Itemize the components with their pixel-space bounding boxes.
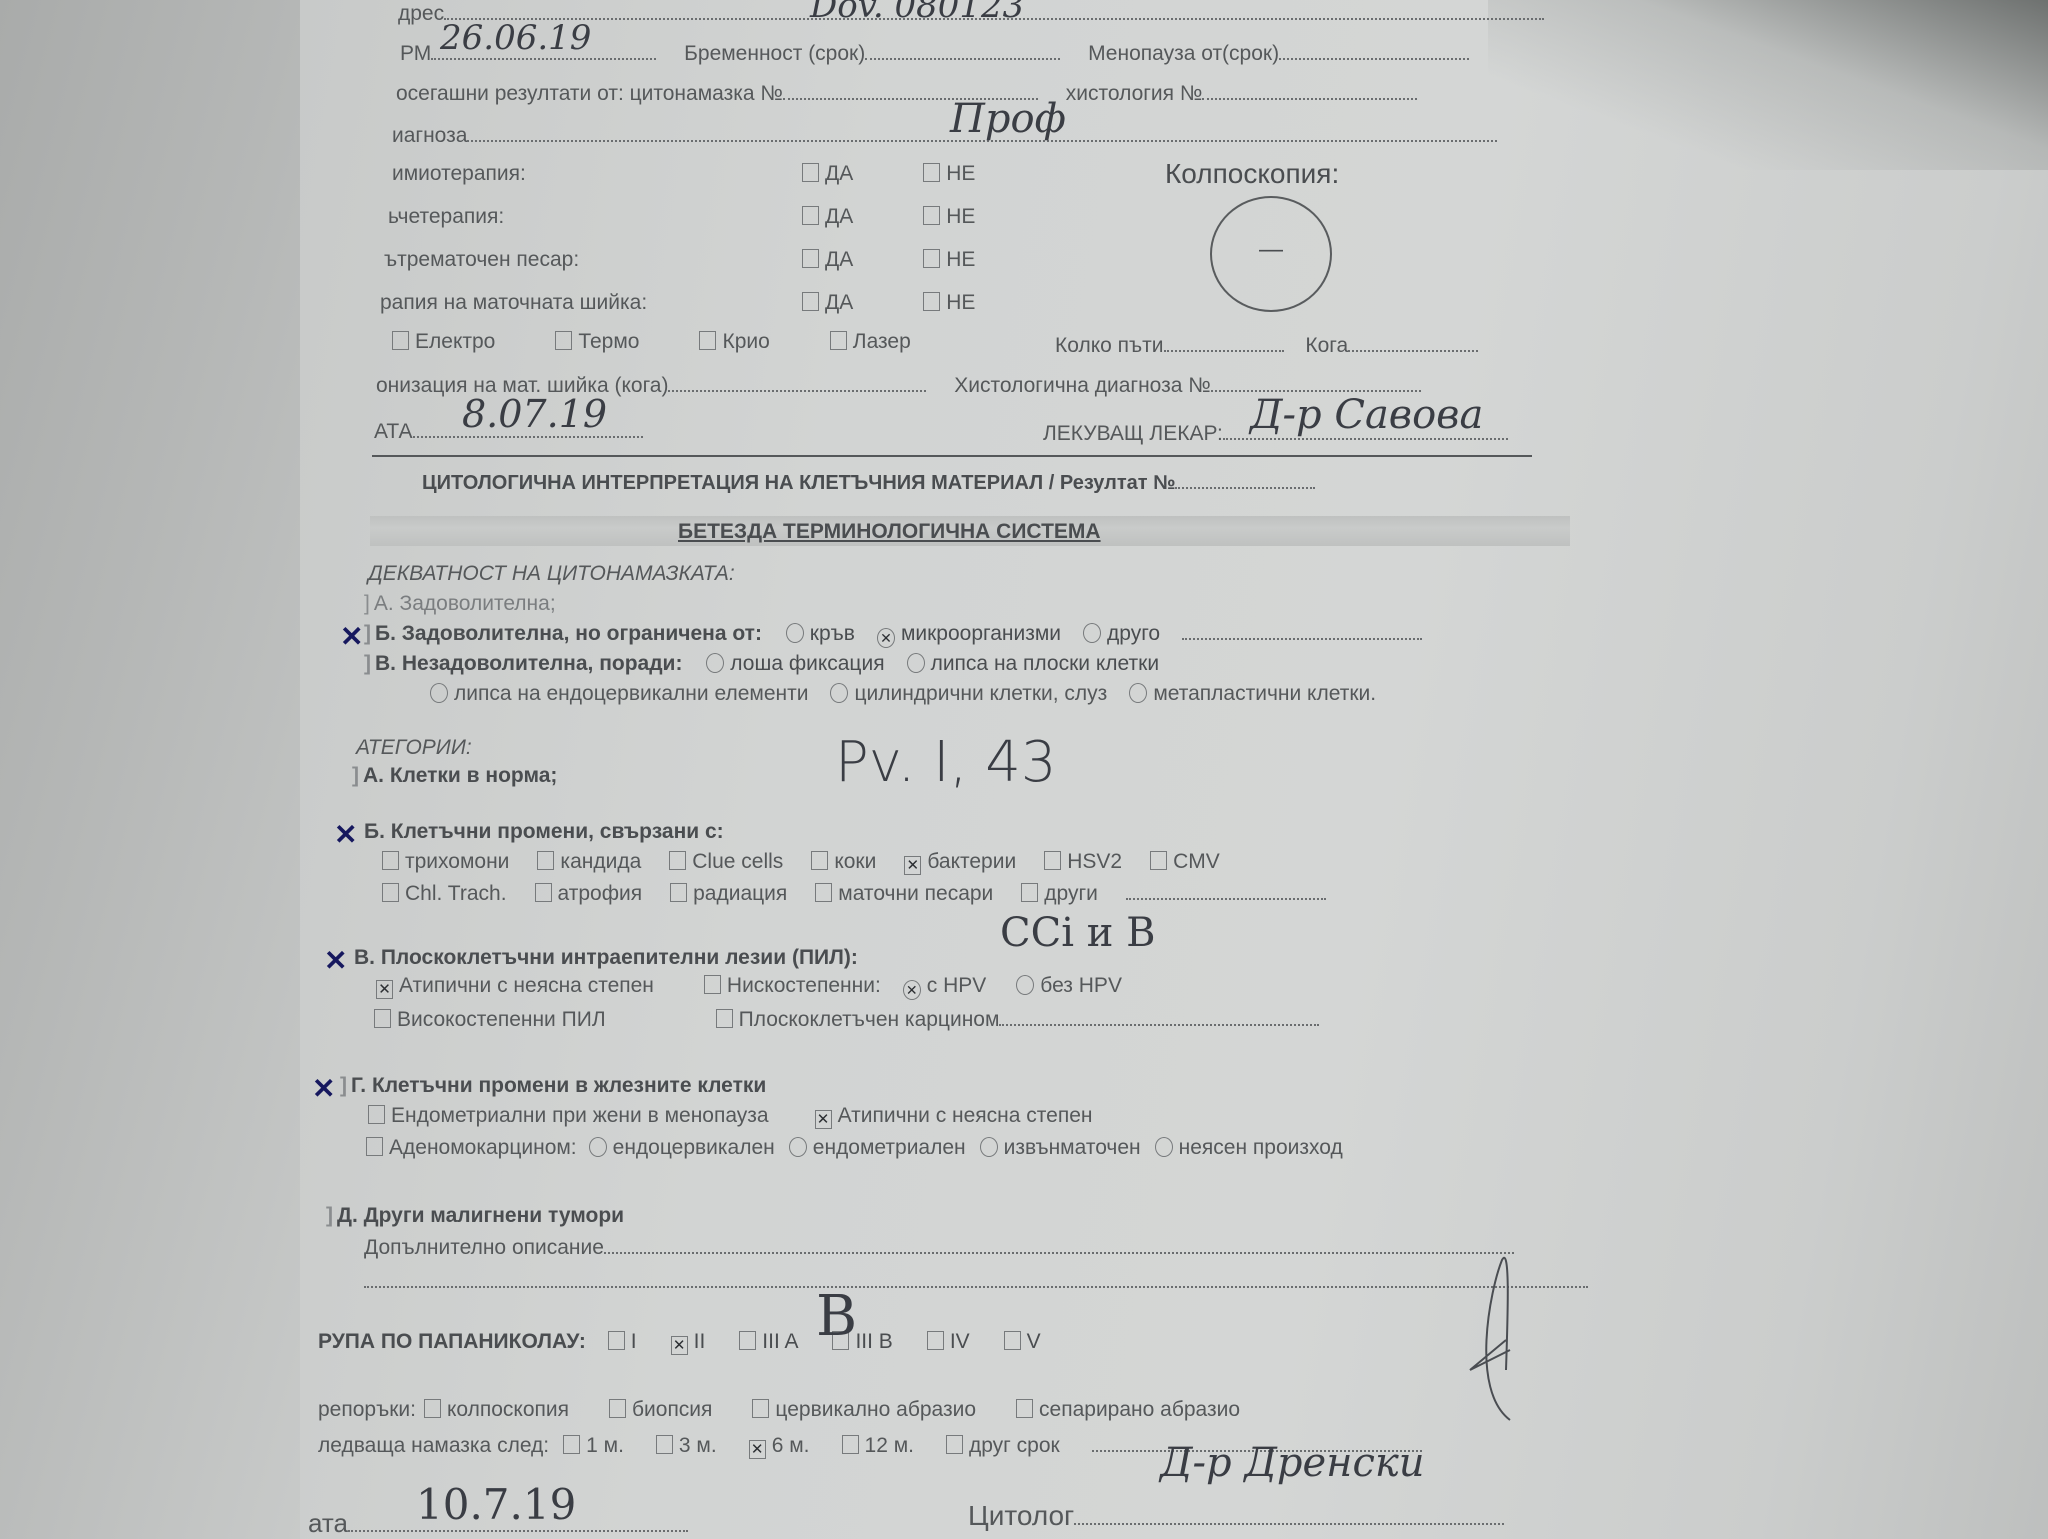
checkbox-square-icon[interactable] — [802, 292, 819, 311]
checkbox-радиация[interactable]: радиация — [670, 882, 787, 905]
checkbox-не[interactable]: НЕ — [923, 248, 975, 271]
checkbox-square-icon[interactable] — [392, 331, 409, 350]
histo-diagnosis-label: Хистологична диагноза № — [954, 374, 1210, 397]
checkbox-3-м[interactable]: 3 м. — [656, 1434, 717, 1457]
methods-row: ЕлектроТермоКриоЛазер — [392, 330, 971, 354]
conization-field[interactable] — [668, 376, 926, 392]
checkbox-12-м[interactable]: 12 м. — [842, 1434, 914, 1457]
shadow — [1488, 0, 2048, 170]
checkbox-square-icon[interactable]: ✕ — [376, 980, 393, 999]
option-label: липса на плоски клетки — [931, 652, 1159, 675]
checkbox-маточни-песари[interactable]: маточни песари — [815, 882, 993, 905]
option-label: лоша фиксация — [730, 652, 884, 675]
option-label: трихомони — [405, 850, 509, 873]
papanicolaou-handwriting: B — [816, 1284, 857, 1349]
option-label: други — [1044, 882, 1098, 905]
radio-микроорганизми[interactable]: ✕микроорганизми — [877, 622, 1061, 645]
checkbox-да[interactable]: ДА — [802, 248, 853, 271]
adequacy-c-row-2: липса на ендоцервикални елементицилиндри… — [430, 682, 1398, 706]
other-field[interactable] — [1126, 884, 1326, 900]
checkbox-трихомони[interactable]: трихомони — [382, 850, 509, 873]
recommendations-row: репоръки:колпоскопиябиопсияцервикално аб… — [318, 1398, 1280, 1422]
therapy-label: ьчетерапия: — [388, 205, 802, 229]
checkbox-square-icon[interactable]: ✕ — [749, 1440, 766, 1459]
option-label: цилиндрични клетки, слуз — [854, 682, 1107, 705]
checkbox-крио[interactable]: Крио — [699, 330, 769, 353]
category-c-label: В. Плоскоклетъчни интраепителни лезии (П… — [354, 946, 858, 970]
date-handwriting: 8.07.19 — [462, 392, 607, 436]
checkbox-square-icon[interactable] — [923, 249, 940, 268]
checkbox-плоскоклетъчен-карцином[interactable]: Плоскоклетъчен карцином — [716, 1008, 1000, 1031]
papanicolaou-row: РУПА ПО ПАПАНИКОЛАУ: I✕IIIII AIII BIVV — [318, 1330, 1075, 1355]
option-label: Крио — [722, 330, 769, 353]
checkbox-коки[interactable]: коки — [811, 850, 876, 873]
option-label: HSV2 — [1067, 850, 1122, 873]
option-label: с HPV — [927, 974, 987, 997]
description-row: Допълнително описание — [364, 1236, 1514, 1260]
checkbox-square-icon[interactable]: ✕ — [904, 856, 921, 875]
checkbox-square-icon[interactable] — [366, 1137, 383, 1156]
option-label: IV — [950, 1330, 970, 1353]
checkbox-square-icon[interactable] — [842, 1435, 859, 1454]
category-c-handwriting: CCi и B — [1000, 910, 1156, 956]
option-label: 3 м. — [679, 1434, 717, 1457]
prev-results-label: осегашни резултати от: цитонамазка № — [396, 82, 783, 105]
checkbox-iii-a[interactable]: III A — [739, 1330, 798, 1353]
radio-ендометриален[interactable]: ендометриален — [789, 1136, 966, 1159]
checkbox-square-icon[interactable] — [609, 1399, 626, 1418]
checkbox-square-icon[interactable] — [368, 1105, 385, 1124]
checkbox-square-icon[interactable] — [927, 1331, 944, 1350]
checkbox-square-icon[interactable] — [802, 249, 819, 268]
therapy-row: имиотерапия:ДАНЕ — [392, 162, 975, 186]
option-label: друго — [1107, 622, 1160, 645]
option-label: 12 м. — [865, 1434, 914, 1457]
option-label: CMV — [1173, 850, 1220, 873]
checkbox-square-icon[interactable] — [946, 1435, 963, 1454]
option-label: III A — [762, 1330, 798, 1353]
option-label: радиация — [693, 882, 787, 905]
category-b-row-2: Chl. Trach.атрофиярадиацияматочни песари… — [382, 882, 1326, 906]
category-d-row-1: Ендометриални при жени в менопауза✕Атипи… — [368, 1104, 1093, 1129]
checkbox-v[interactable]: V — [1004, 1330, 1041, 1353]
option-label: колпоскопия — [447, 1398, 569, 1421]
menopause-field[interactable] — [1279, 44, 1469, 60]
radio-метапластични-клетки[interactable]: метапластични клетки. — [1129, 682, 1376, 705]
checkbox-hsv2[interactable]: HSV2 — [1044, 850, 1122, 873]
checkbox-square-icon[interactable]: ✕ — [815, 1110, 832, 1129]
radio-circle-icon[interactable] — [1129, 683, 1147, 703]
option-label: Атипични с неясна степен — [399, 974, 654, 997]
option-label: неясен произход — [1179, 1136, 1343, 1159]
option-label: Аденомокарцином: — [389, 1136, 577, 1159]
adequacy-c-row: ]В. Незадоволителна, поради: лоша фиксац… — [364, 652, 1181, 676]
prev-results-row: осегашни резултати от: цитонамазка № хис… — [396, 82, 1417, 106]
radio-друго[interactable]: друго — [1083, 622, 1160, 645]
checkbox-да[interactable]: ДА — [802, 162, 853, 185]
checkbox-square-icon[interactable] — [704, 975, 721, 994]
radio-извънматочен[interactable]: извънматочен — [980, 1136, 1141, 1159]
system-title: БЕТЕЗДА ТЕРМИНОЛОГИЧНА СИСТЕМА — [678, 520, 1101, 544]
histo-diagnosis-field[interactable] — [1211, 376, 1421, 392]
option-label: Термо — [578, 330, 639, 353]
option-label: атрофия — [558, 882, 643, 905]
recommendations-label: репоръки: — [318, 1398, 416, 1421]
radio-circle-icon[interactable] — [1155, 1137, 1173, 1157]
checkbox-square-icon[interactable] — [563, 1435, 580, 1454]
checkbox-square-icon[interactable] — [424, 1399, 441, 1418]
checkbox-square-icon[interactable] — [699, 331, 716, 350]
option-label: ДА — [825, 162, 853, 185]
checkbox-друг-срок[interactable]: друг срок — [946, 1434, 1060, 1457]
category-c-mark: ✕ — [324, 944, 347, 977]
checkbox-не[interactable]: НЕ — [923, 291, 975, 314]
checkbox-аденомокарцином[interactable]: Аденомокарцином: — [366, 1136, 577, 1159]
option-label: ДА — [825, 248, 853, 271]
option-label: Атипични с неясна степен — [838, 1104, 1093, 1127]
checkbox-chl-trach[interactable]: Chl. Trach. — [382, 882, 507, 905]
when-field[interactable] — [1348, 336, 1478, 352]
option-label: I — [631, 1330, 637, 1353]
checkbox-ендометриални-при-жени-в-менопауза[interactable]: Ендометриални при жени в менопауза — [368, 1104, 769, 1127]
adequacy-b-mark: ✕ — [340, 620, 363, 653]
option-label: липса на ендоцервикални елементи — [454, 682, 808, 705]
checkbox-square-icon[interactable] — [374, 1009, 391, 1028]
checkbox-биопсия[interactable]: биопсия — [609, 1398, 712, 1421]
category-b-mark: ✕ — [334, 818, 357, 851]
radio-circle-icon[interactable] — [706, 653, 724, 673]
radio-circle-icon[interactable] — [907, 653, 925, 673]
radio-circle-icon[interactable] — [1016, 975, 1034, 995]
checkbox-атипични-с-неясна-степен[interactable]: ✕Атипични с неясна степен — [376, 974, 654, 997]
checkbox-square-icon[interactable]: ✕ — [671, 1336, 688, 1355]
therapy-row: ьчетерапия:ДАНЕ — [388, 205, 975, 229]
cytologist-field[interactable] — [1074, 1509, 1504, 1525]
address-label: дрес — [398, 2, 444, 25]
checkbox-ii[interactable]: ✕II — [671, 1330, 706, 1353]
signature-scribble — [1450, 1250, 1610, 1430]
option-label: НЕ — [946, 248, 975, 271]
radio-circle-icon[interactable]: ✕ — [903, 980, 921, 1000]
checkbox-square-icon[interactable] — [1016, 1399, 1033, 1418]
radio-неясен-произход[interactable]: неясен произход — [1155, 1136, 1343, 1159]
cytologist-row: Цитолог — [968, 1500, 1504, 1532]
option-label: маточни песари — [838, 882, 993, 905]
therapy-label: ътрематочен песар: — [384, 248, 802, 272]
checkbox-електро[interactable]: Електро — [392, 330, 495, 353]
how-many-field[interactable] — [1164, 336, 1284, 352]
adequacy-a: ]А. Задоволителна; — [364, 592, 556, 616]
checkbox-цервикално-абразио[interactable]: цервикално абразио — [752, 1398, 976, 1421]
diagnosis-handwriting: Проф — [950, 96, 1066, 142]
checkbox-square-icon[interactable] — [815, 883, 832, 902]
radio-circle-icon[interactable] — [1083, 623, 1101, 643]
option-label: Clue cells — [692, 850, 783, 873]
checkbox-square-icon[interactable] — [656, 1435, 673, 1454]
histology-label: хистология № — [1066, 82, 1203, 105]
date-label: АТА — [374, 420, 413, 443]
when-label: Кога — [1305, 334, 1348, 357]
checkbox-square-icon[interactable] — [537, 851, 554, 870]
checkbox-square-icon[interactable] — [382, 883, 399, 902]
option-label: коки — [834, 850, 876, 873]
category-d-label: ]Г. Клетъчни промени в жлезните клетки — [340, 1074, 766, 1098]
radio-circle-icon[interactable]: ✕ — [877, 628, 895, 648]
checkbox-cmv[interactable]: CMV — [1150, 850, 1220, 873]
checkbox-i[interactable]: I — [608, 1330, 637, 1353]
description-label: Допълнително описание — [364, 1236, 604, 1259]
option-label: сепарирано абразио — [1039, 1398, 1240, 1421]
checkbox-iv[interactable]: IV — [927, 1330, 970, 1353]
checkbox-square-icon[interactable] — [608, 1331, 625, 1350]
option-label: Лазер — [853, 330, 911, 353]
checkbox-атипични-с-неясна-степен[interactable]: ✕Атипични с неясна степен — [815, 1104, 1093, 1127]
option-label: биопсия — [632, 1398, 712, 1421]
option-label: 1 м. — [586, 1434, 624, 1457]
how-many-label: Колко пъти — [1055, 334, 1164, 357]
doctor-label: ЛЕКУВАЩ ЛЕКАР: — [1043, 422, 1223, 445]
menopause-label: Менопауза от(срок) — [1088, 42, 1279, 65]
therapy-label: имиотерапия: — [392, 162, 802, 186]
option-label: без HPV — [1040, 974, 1122, 997]
colposcopy-label: Колпоскопия: — [1165, 158, 1339, 190]
therapy-label: рапия на маточната шийка: — [380, 291, 802, 315]
option-label: кандида — [560, 850, 641, 873]
option-label: ендоцервикален — [613, 1136, 775, 1159]
checkbox-термо[interactable]: Термо — [555, 330, 639, 353]
option-label: V — [1027, 1330, 1041, 1353]
diagnosis-label: иагноза — [392, 124, 467, 147]
option-label: ДА — [825, 291, 853, 314]
checkbox-square-icon[interactable] — [1004, 1331, 1021, 1350]
radio-лоша-фиксация[interactable]: лоша фиксация — [706, 652, 884, 675]
histology-field[interactable] — [1202, 84, 1417, 100]
adequacy-title: ДЕКВАТНОСТ НА ЦИТОНАМАЗКАТА: — [368, 562, 735, 586]
radio-с-hpv[interactable]: ✕с HPV — [903, 974, 987, 997]
checkbox-square-icon[interactable] — [555, 331, 572, 350]
checkbox-square-icon[interactable] — [1150, 851, 1167, 870]
colposcopy-mark: — — [1212, 236, 1330, 264]
option-label: 6 м. — [772, 1434, 810, 1457]
option-label: Високостепенни ПИЛ — [397, 1008, 606, 1031]
option-label: бактерии — [927, 850, 1016, 873]
option-label: метапластични клетки. — [1153, 682, 1376, 705]
checkbox-square-icon[interactable] — [716, 1009, 733, 1028]
category-note-handwriting: Pv. I, 43 — [835, 730, 1057, 795]
radio-цилиндрични-клетки-слуз[interactable]: цилиндрични клетки, слуз — [830, 682, 1107, 705]
option-label: ДА — [825, 205, 853, 228]
option-label: НЕ — [946, 205, 975, 228]
option-label: ендометриален — [813, 1136, 966, 1159]
doctor-handwriting: Д-р Савова — [1250, 392, 1483, 438]
category-d-mark: ✕ — [312, 1072, 335, 1105]
checkbox-лазер[interactable]: Лазер — [830, 330, 911, 353]
checkbox-да[interactable]: ДА — [802, 205, 853, 228]
checkbox-да[interactable]: ДА — [802, 291, 853, 314]
option-label: цервикално абразио — [775, 1398, 976, 1421]
radio-ендоцервикален[interactable]: ендоцервикален — [589, 1136, 775, 1159]
checkbox-square-icon[interactable] — [923, 206, 940, 225]
category-c-row-1: ✕Атипични с неясна степенНискостепенни:✕… — [376, 974, 1122, 1000]
colposcopy-diagram: — — [1210, 196, 1332, 312]
category-a: ]А. Клетки в норма; — [352, 764, 557, 788]
checkbox-square-icon[interactable] — [535, 883, 552, 902]
option-label: II — [694, 1330, 706, 1353]
form-paper — [300, 0, 2048, 1539]
next-smear-label: ледваща намазка след: — [318, 1434, 549, 1457]
checkbox-square-icon[interactable] — [1044, 851, 1061, 870]
checkbox-square-icon[interactable] — [382, 851, 399, 870]
diagnosis-row: иагноза — [392, 124, 1497, 148]
option-label: кръв — [810, 622, 855, 645]
radio-circle-icon[interactable] — [430, 683, 448, 703]
checkbox-не[interactable]: НЕ — [923, 162, 975, 185]
pregnancy-field[interactable] — [865, 44, 1060, 60]
address-handwriting: Dov. 080123 — [810, 0, 1024, 26]
checkbox-атрофия[interactable]: атрофия — [535, 882, 643, 905]
categories-title: АТЕГОРИИ: — [356, 736, 472, 760]
adequacy-b-row: ]Б. Задоволителна, но ограничена от: кръ… — [364, 622, 1422, 648]
category-e-label: ]Д. Други малигнени тумори — [326, 1204, 624, 1228]
checkbox-square-icon[interactable] — [923, 292, 940, 311]
lmp-handwriting: 26.06.19 — [440, 18, 591, 58]
radio-circle-icon[interactable] — [789, 1137, 807, 1157]
option-label: Плоскоклетъчен карцином — [739, 1008, 1000, 1031]
divider — [372, 455, 1532, 457]
footer-date-label: ата — [308, 1508, 348, 1538]
category-d-row-2: Аденомокарцином:ендоцервикаленендометриа… — [366, 1136, 1357, 1160]
checkbox-не[interactable]: НЕ — [923, 205, 975, 228]
checkbox-нискостепенни[interactable]: Нискостепенни: — [704, 974, 881, 997]
radio-без-hpv[interactable]: без HPV — [1016, 974, 1122, 997]
option-label: микроорганизми — [901, 622, 1061, 645]
checkbox-други[interactable]: други — [1021, 882, 1098, 905]
option-label: Chl. Trach. — [405, 882, 507, 905]
lmp-label: РМ — [400, 42, 431, 65]
checkbox-square-icon[interactable] — [830, 331, 847, 350]
footer-date-handwriting: 10.7.19 — [416, 1480, 576, 1529]
category-c-row-2: Високостепенни ПИЛПлоскоклетъчен карцино… — [374, 1008, 1319, 1032]
option-label: Ендометриални при жени в менопауза — [391, 1104, 769, 1127]
checkbox-square-icon[interactable] — [670, 883, 687, 902]
checkbox-кандида[interactable]: кандида — [537, 850, 641, 873]
checkbox-square-icon[interactable] — [811, 851, 828, 870]
checkbox-високостепенни-пил[interactable]: Високостепенни ПИЛ — [374, 1008, 606, 1031]
option-label: Електро — [415, 330, 495, 353]
therapy-row: рапия на маточната шийка:ДАНЕ — [380, 291, 975, 315]
radio-circle-icon[interactable] — [589, 1137, 607, 1157]
checkbox-square-icon[interactable] — [923, 163, 940, 182]
checkbox-сепарирано-абразио[interactable]: сепарирано абразио — [1016, 1398, 1240, 1421]
checkbox-square-icon[interactable] — [1021, 883, 1038, 902]
radio-circle-icon[interactable] — [786, 623, 804, 643]
checkbox-square-icon[interactable] — [739, 1331, 756, 1350]
cytologist-label: Цитолог — [968, 1500, 1074, 1531]
category-b-row-1: трихомоникандидаClue cellsкоки✕бактерииH… — [382, 850, 1248, 875]
checkbox-clue-cells[interactable]: Clue cells — [669, 850, 783, 873]
option-label: друг срок — [969, 1434, 1060, 1457]
therapy-row: ътрематочен песар:ДАНЕ — [384, 248, 975, 272]
checkbox-square-icon[interactable] — [802, 163, 819, 182]
option-label: НЕ — [946, 291, 975, 314]
pregnancy-label: Бременност (срок) — [684, 42, 865, 65]
description-field-2[interactable] — [364, 1272, 1588, 1288]
option-label: НЕ — [946, 162, 975, 185]
option-label: III B — [855, 1330, 892, 1353]
carcinoma-field[interactable] — [999, 1010, 1319, 1026]
category-b-label: Б. Клетъчни промени, свързани с: — [364, 820, 724, 844]
radio-липса-на-ендоцервикални-елементи[interactable]: липса на ендоцервикални елементи — [430, 682, 808, 705]
checkbox-1-м[interactable]: 1 м. — [563, 1434, 624, 1457]
checkbox-бактерии[interactable]: ✕бактерии — [904, 850, 1016, 873]
checkbox-square-icon[interactable] — [752, 1399, 769, 1418]
times-row: Колко пъти Кога — [1055, 334, 1478, 358]
radio-circle-icon[interactable] — [830, 683, 848, 703]
checkbox-square-icon[interactable] — [669, 851, 686, 870]
option-label: Нискостепенни: — [727, 974, 881, 997]
description-field[interactable] — [604, 1238, 1514, 1254]
radio-кръв[interactable]: кръв — [786, 622, 855, 645]
description-row-2 — [364, 1270, 1588, 1294]
radio-липса-на-плоски-клетки[interactable]: липса на плоски клетки — [907, 652, 1159, 675]
checkbox-колпоскопия[interactable]: колпоскопия — [424, 1398, 569, 1421]
radio-circle-icon[interactable] — [980, 1137, 998, 1157]
checkbox-6-м[interactable]: ✕6 м. — [749, 1434, 810, 1457]
option-label: извънматочен — [1004, 1136, 1141, 1159]
section-title: ЦИТОЛОГИЧНА ИНТЕРПРЕТАЦИЯ НА КЛЕТЪЧНИЯ М… — [422, 472, 1315, 495]
cytologist-handwriting: Д-р Дренски — [1160, 1440, 1425, 1486]
checkbox-square-icon[interactable] — [802, 206, 819, 225]
